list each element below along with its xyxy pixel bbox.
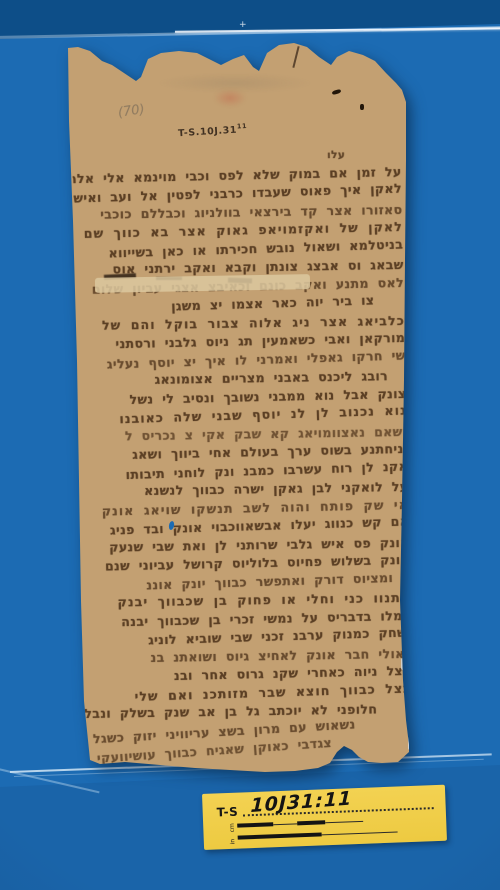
manuscript-fragment: (70) T-S.10J.3111 עלועל זמן אם במוק שלא … [60,40,435,775]
genizah-fragment-photo: + (70) T-S.10J.3111 עלועל זמן אם במוק של… [0,0,500,890]
classmark-inscription: T-S.10J.3111 [178,122,248,139]
faded-red-stamp [208,86,252,110]
parchment: (70) T-S.10J.3111 עלועל זמן אם במוק שלא … [60,40,435,775]
cm-scale-bar [237,819,363,828]
manuscript-text: עלועל זמן אם במוק שלא לפס וכבי מוינמא אל… [72,144,414,762]
shelfmark-label: T-S 10J31:11 cm in [202,785,447,850]
edge-tape-patch-2 [401,658,407,670]
label-prefix: T-S [216,806,238,819]
classmark-text: T-S.10J.31 [178,125,238,140]
in-scale-bar [238,830,398,840]
edge-tape-patch [405,452,411,466]
tear-crack [292,46,299,68]
cm-unit-label: cm [229,822,236,832]
dark-speck-2 [360,104,364,110]
edge-tape-patch-3 [408,734,415,750]
registration-plus-mark: + [239,21,247,29]
dark-speck [332,89,342,96]
classmark-superscript: 11 [237,122,248,131]
pencil-foliation-note: (70) [117,102,146,121]
in-unit-label: in [229,834,236,844]
